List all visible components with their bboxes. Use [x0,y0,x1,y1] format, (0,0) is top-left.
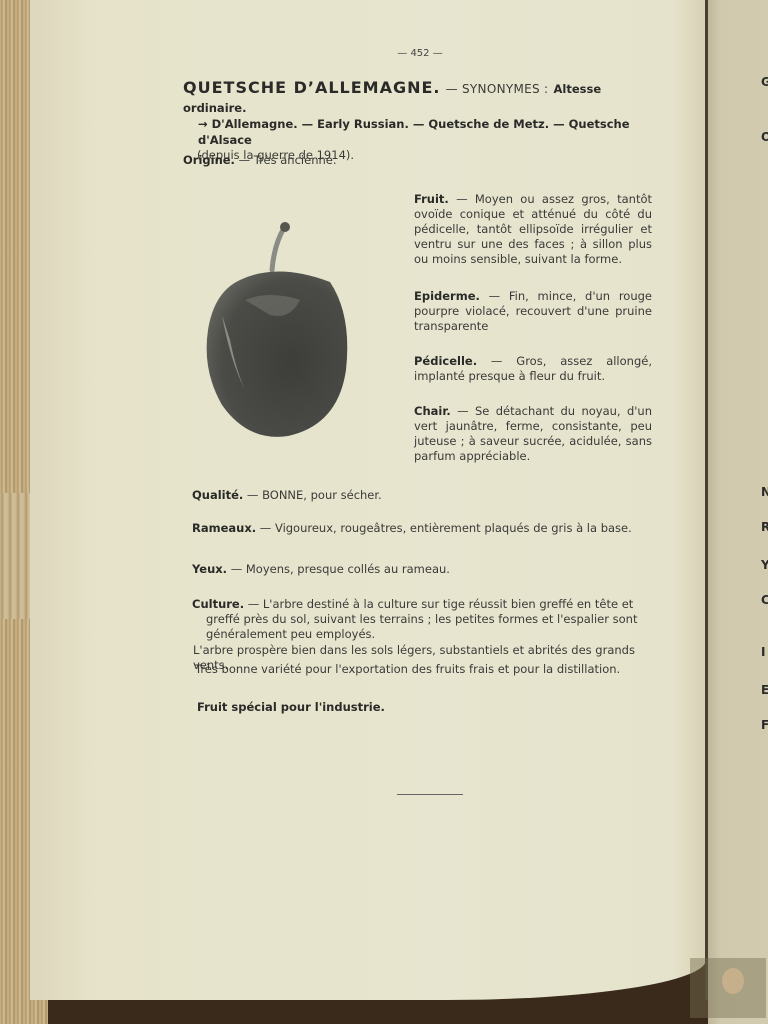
epiderme-label: Epiderme. [414,289,480,303]
next-page-letter: F [761,718,768,732]
closing-line: Fruit spécial pour l'industrie. [197,700,657,715]
qualite-line: Qualité. — BONNE, pour sécher. [192,488,652,503]
next-page-letter: G [761,75,768,89]
culture-label: Culture. [192,597,244,611]
desc-fruit: Fruit. — Moyen ou assez gros, tantôt ovo… [414,192,652,267]
yeux-text: — Moyens, presque collés au rameau. [227,562,450,576]
fruit-label: Fruit. [414,192,449,206]
culture-extra-2: Très bonne variété pour l'exportation de… [195,662,655,677]
rameaux-text: — Vigoureux, rougeâtres, entièrement pla… [256,521,632,535]
page-number: — 452 — [390,48,450,59]
pedicelle-label: Pédicelle. [414,354,477,368]
entry-header: QUETSCHE D’ALLEMAGNE. — SYNONYMES : Alte… [183,78,653,163]
chair-label: Chair. [414,404,451,418]
end-rule [397,794,463,795]
yeux-line: Yeux. — Moyens, presque collés au rameau… [192,562,652,577]
plum-illustration-icon [200,220,355,445]
thumbnail-face [722,968,744,994]
next-page-letter: I [761,645,765,659]
fruit-text: — Moyen ou assez gros, tantôt ovoïde con… [414,192,652,266]
next-page-letter: Y [761,558,768,572]
culture-text: — L'arbre destiné à la culture sur tige … [206,597,637,641]
next-page-letter: E [761,683,768,697]
desc-chair: Chair. — Se détachant du noyau, d'un ver… [414,404,652,464]
synonyms-list: → D'Allemagne. — Early Russian. — Quetsc… [183,116,653,148]
rameaux-line: Rameaux. — Vigoureux, rougeâtres, entièr… [192,521,652,536]
rameaux-label: Rameaux. [192,521,256,535]
book-gutter [705,0,708,1000]
desc-pedicelle: Pédicelle. — Gros, assez allongé, implan… [414,354,652,384]
origine-text: — Très ancienne. [235,153,337,167]
yeux-label: Yeux. [192,562,227,576]
culture-paragraph: Culture. — L'arbre destiné à la culture … [192,597,662,642]
next-page-letter: N [761,485,768,499]
desc-epiderme: Epiderme. — Fin, mince, d'un rouge pourp… [414,289,652,334]
next-page-letter: C [761,593,768,607]
next-page [708,0,768,1024]
next-page-letter: O [761,130,768,144]
origine-label: Origine. [183,153,235,167]
next-page-letter: R [761,520,768,534]
synonyms-label: — SYNONYMES : [446,82,549,96]
entry-title: QUETSCHE D’ALLEMAGNE. [183,78,441,97]
qualite-text: — BONNE, pour sécher. [243,488,381,502]
qualite-label: Qualité. [192,488,243,502]
origine-line: Origine. — Très ancienne. [183,153,337,168]
